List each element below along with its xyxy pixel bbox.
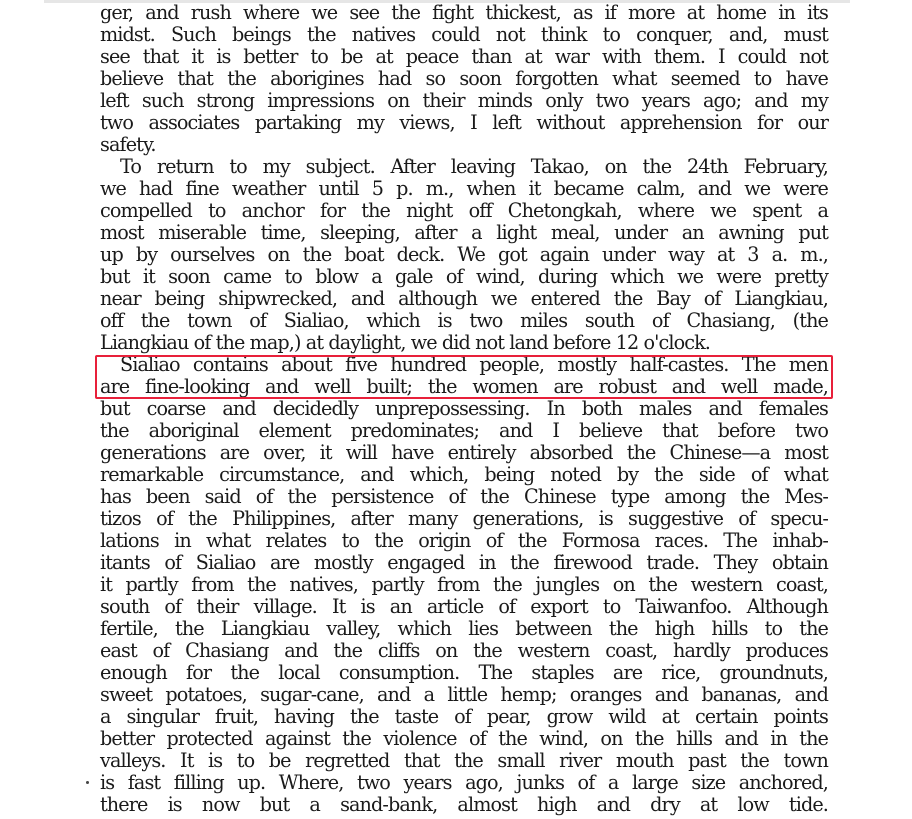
- text-line: near being shipwrecked, and although we …: [100, 288, 828, 310]
- text-line: it partly from the natives, partly from …: [100, 574, 828, 596]
- text-line: enough for the local consumption. The st…: [100, 662, 828, 684]
- margin-mark: [86, 781, 89, 784]
- text-line: east of Chasiang and the cliffs on the w…: [100, 640, 828, 662]
- text-line: a singular fruit, having the taste of pe…: [100, 706, 828, 728]
- text-line: itants of Sialiao are mostly engaged in …: [100, 552, 828, 574]
- text-line: most miserable time, sleeping, after a l…: [100, 222, 828, 244]
- text-line: lations in what relates to the origin of…: [100, 530, 828, 552]
- paragraph-2: To return to my subject. After leaving T…: [100, 156, 828, 354]
- text-line: To return to my subject. After leaving T…: [100, 156, 828, 178]
- text-line: south of their village. It is an article…: [100, 596, 828, 618]
- text-line: see that it is better to be at peace tha…: [100, 46, 828, 68]
- text-line-highlighted: Sialiao contains about five hundred peop…: [100, 354, 828, 376]
- text-line: off the town of Sialiao, which is two mi…: [100, 310, 828, 332]
- text-line: but it soon came to blow a gale of wind,…: [100, 266, 828, 288]
- text-line: there is now but a sand-bank, almost hig…: [100, 794, 828, 816]
- text-line: ger, and rush where we see the fight thi…: [100, 2, 828, 24]
- text-line: left such strong impressions on their mi…: [100, 90, 828, 112]
- text-line: Liangkiau of the map,) at daylight, we d…: [100, 332, 828, 354]
- text-line: up by ourselves on the boat deck. We got…: [100, 244, 828, 266]
- document-page: ger, and rush where we see the fight thi…: [100, 2, 828, 816]
- text-line: fertile, the Liangkiau valley, which lie…: [100, 618, 828, 640]
- text-line: better protected against the violence of…: [100, 728, 828, 750]
- paragraph-3: Sialiao contains about five hundred peop…: [100, 354, 828, 816]
- text-line: valleys. It is to be regretted that the …: [100, 750, 828, 772]
- text-line: tizos of the Philippines, after many gen…: [100, 508, 828, 530]
- text-line: but coarse and decidedly unprepossessing…: [100, 398, 828, 420]
- text-line: we had fine weather until 5 p. m., when …: [100, 178, 828, 200]
- text-line: the aboriginal element predominates; and…: [100, 420, 828, 442]
- text-line: safety.: [100, 134, 828, 156]
- text-line: generations are over, it will have entir…: [100, 442, 828, 464]
- text-line-highlighted: are fine-looking and well built; the wom…: [100, 376, 828, 398]
- text-line: believe that the aborigines had so soon …: [100, 68, 828, 90]
- text-line: sweet potatoes, sugar-cane, and a little…: [100, 684, 828, 706]
- text-line: midst. Such beings the natives could not…: [100, 24, 828, 46]
- paragraph-1: ger, and rush where we see the fight thi…: [100, 2, 828, 156]
- text-line: is fast filling up. Where, two years ago…: [100, 772, 828, 794]
- text-line: two associates partaking my views, I lef…: [100, 112, 828, 134]
- text-line: remarkable circumstance, and which, bein…: [100, 464, 828, 486]
- text-line: has been said of the persistence of the …: [100, 486, 828, 508]
- text-line: compelled to anchor for the night off Ch…: [100, 200, 828, 222]
